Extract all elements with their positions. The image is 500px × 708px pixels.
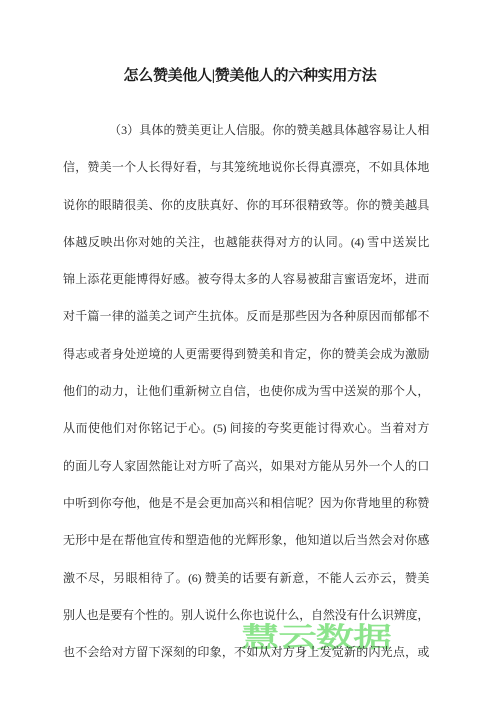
body-line: 对千篇一律的溢美之词产生抗体。反而是那些因为各种原因而郁郁不 (63, 298, 429, 335)
body-line: 激不尽，另眼相待了。(6) 赞美的话要有新意，不能人云亦云，赞美 (63, 560, 429, 597)
body-line: 从而使他们对你铭记于心。(5) 间接的夸奖更能讨得欢心。当着对方 (63, 410, 429, 447)
body-line: 的面儿夸人家固然能让对方听了高兴，如果对方能从另外一个人的口 (63, 448, 429, 485)
body-line: 说你的眼睛很美、你的皮肤真好、你的耳环很精致等。你的赞美越具 (63, 187, 429, 224)
body-line: 他们的动力，让他们重新树立自信，也使你成为雪中送炭的那个人， (63, 373, 429, 410)
body-line: 也不会给对方留下深刻的印象，不如从对方身上发觉新的闪光点，或 (63, 634, 429, 671)
body-line: 锦上添花更能博得好感。被夸得太多的人容易被甜言蜜语宠坏，进而 (63, 261, 429, 298)
body-line: 中听到你夸他，他是不是会更加高兴和相信呢？因为你背地里的称赞 (63, 485, 429, 522)
body-line: 得志或者身处逆境的人更需要得到赞美和肯定，你的赞美会成为激励 (63, 336, 429, 373)
body-line: 别人也是要有个性的。别人说什么你也说什么，自然没有什么识辨度， (63, 597, 429, 634)
document-title: 怎么赞美他人|赞美他人的六种实用方法 (0, 64, 500, 85)
body-line: 体越反映出你对她的关注，也越能获得对方的认同。(4) 雪中送炭比 (63, 224, 429, 261)
body-paragraph: （3）具体的赞美更让人信服。你的赞美越具体越容易让人相 信，赞美一个人长得好看，… (63, 112, 429, 671)
document-page: 怎么赞美他人|赞美他人的六种实用方法 慧云数据 （3）具体的赞美更让人信服。你的… (0, 0, 500, 708)
body-line: 信，赞美一个人长得好看，与其笼统地说你长得真漂亮，不如具体地 (63, 149, 429, 186)
body-line: （3）具体的赞美更让人信服。你的赞美越具体越容易让人相 (63, 112, 429, 149)
body-line: 无形中是在帮他宣传和塑造他的光辉形象，他知道以后当然会对你感 (63, 522, 429, 559)
